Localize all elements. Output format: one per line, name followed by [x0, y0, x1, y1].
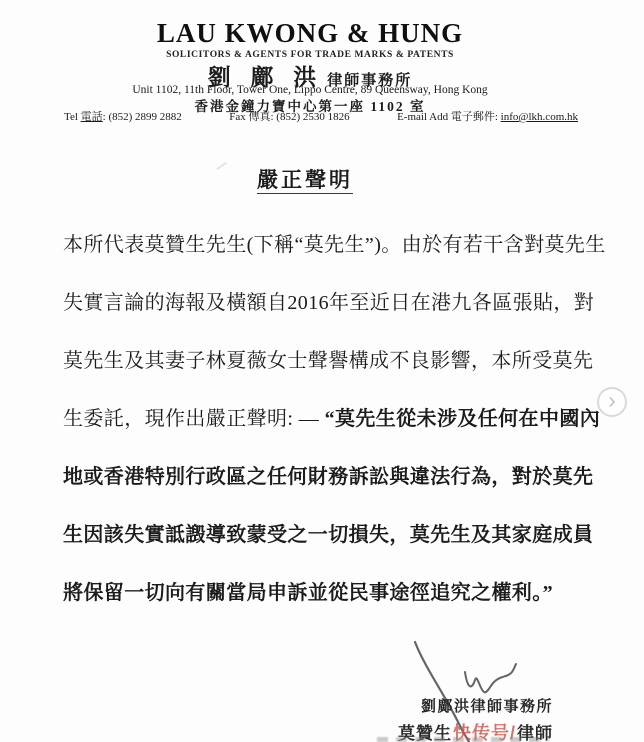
email-label: E-mail Add 電子郵件: [397, 111, 501, 123]
body-line-bold: “莫先生從未涉及任何在中國內 [325, 408, 601, 430]
tel-label: Tel [64, 111, 81, 123]
cutoff-text-line [377, 737, 549, 742]
body-line-text: 生委託，現作出嚴正聲明: — [63, 408, 325, 430]
statement-body: 本所代表莫贊生先生(下稱“莫先生”)。由於有若干含對莫先生 失實言論的海報及橫額… [63, 216, 583, 622]
tel-number: : (852) 2899 2882 [103, 111, 182, 123]
firm-name-english: LAU KWONG & HUNG [0, 18, 620, 49]
body-line-bold: 地或香港特別行政區之任何財務訴訟與違法行為，對於莫先 [63, 466, 593, 488]
body-line: 失實言論的海報及橫額自2016年至近日在港九各區張貼，對 [63, 274, 583, 332]
tel-label-chinese: 電話 [81, 111, 103, 123]
tel-entry: Tel 電話: (852) 2899 2882 [64, 108, 182, 124]
email-address: info@lkh.com.hk [501, 111, 578, 123]
body-line: 地或香港特別行政區之任何財務訴訟與違法行為，對於莫先 [63, 448, 583, 506]
fax-entry: Fax 傳真: (852) 2530 1826 [229, 108, 349, 124]
body-line-bold: 將保留一切向有關當局申訴並從民事途徑追究之權利。” [63, 582, 553, 604]
document-scan: LAU KWONG & HUNG SOLICITORS & AGENTS FOR… [0, 0, 644, 742]
body-line-bold: 生因該失實詆譭導致蒙受之一切損失，莫先生及其家庭成員 [63, 524, 593, 546]
body-line: 莫先生及其妻子林夏薇女士聲譽構成不良影響，本所受莫先 [63, 332, 583, 390]
email-entry: E-mail Add 電子郵件: info@lkh.com.hk [397, 108, 578, 124]
body-line: 本所代表莫贊生先生(下稱“莫先生”)。由於有若干含對莫先生 [63, 216, 583, 274]
statement-title-row: 嚴正聲明 [0, 164, 610, 194]
signature-block: 劉鄺洪律師事務所 莫贊生快传号/律師 [398, 695, 553, 742]
chevron-right-icon: › [608, 389, 616, 412]
scanned-statement-page: LAU KWONG & HUNG SOLICITORS & AGENTS FOR… [0, 0, 644, 742]
carousel-next-button[interactable]: › [597, 387, 627, 417]
body-line: 將保留一切向有關當局申訴並從民事途徑追究之權利。” [63, 564, 583, 622]
body-line-text: 失實言論的海報及橫額自2016年至近日在港九各區張貼，對 [63, 292, 594, 314]
body-line: 生因該失實詆譭導致蒙受之一切損失，莫先生及其家庭成員 [63, 506, 583, 564]
body-line: 生委託，現作出嚴正聲明: — “莫先生從未涉及任何在中國內 [63, 390, 583, 448]
signature-firm-name: 劉鄺洪律師事務所 [398, 695, 553, 716]
contact-row: Tel 電話: (852) 2899 2882 Fax 傳真: (852) 25… [64, 108, 578, 124]
body-line-text: 本所代表莫贊生先生(下稱“莫先生”)。由於有若干含對莫先生 [63, 234, 606, 256]
statement-title: 嚴正聲明 [257, 168, 353, 194]
body-line-text: 莫先生及其妻子林夏薇女士聲譽構成不良影響，本所受莫先 [63, 350, 593, 372]
